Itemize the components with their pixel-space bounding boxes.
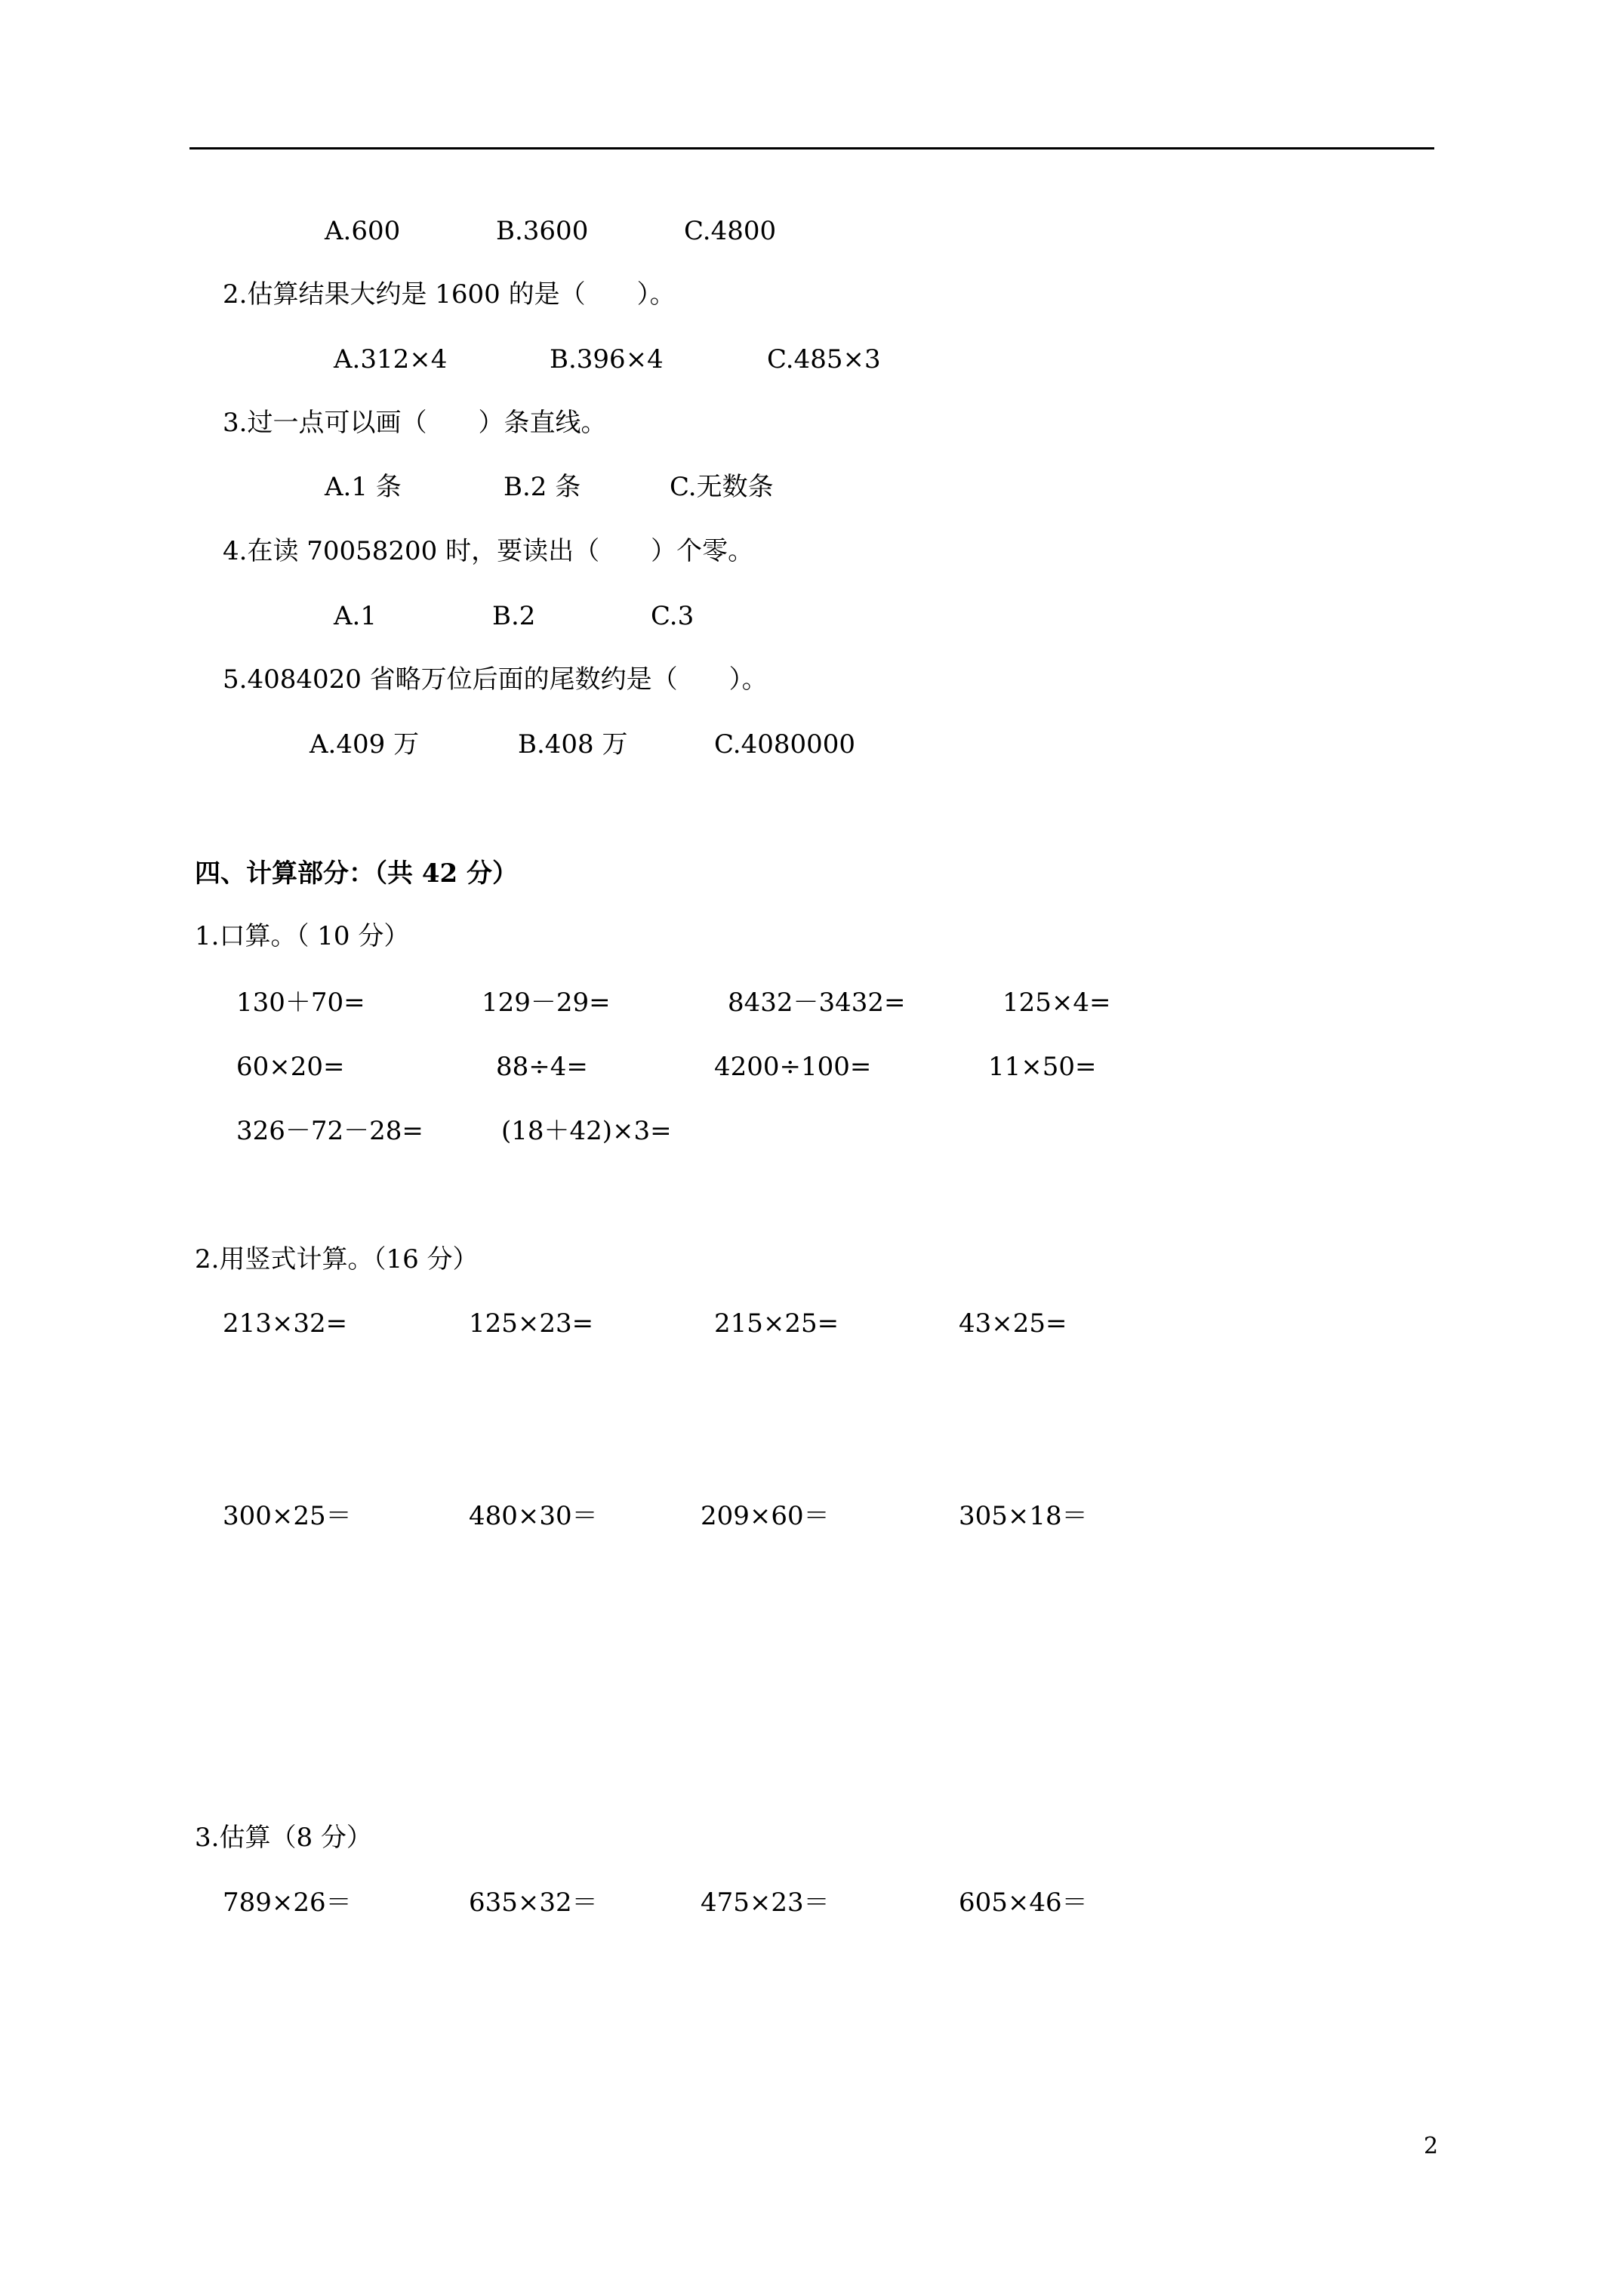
q5-option-c: C.4080000 — [714, 729, 855, 760]
q2-option-b: B.396×4 — [550, 344, 664, 374]
q2-option-c: C.485×3 — [767, 344, 881, 374]
q1-option-b: B.3600 — [496, 216, 588, 246]
vertical-item: 43×25= — [959, 1308, 1067, 1339]
oral-calc-title: 1.口算。（ 10 分） — [195, 921, 409, 951]
vertical-item: 480×30＝ — [469, 1501, 598, 1531]
q2-option-a: A.312×4 — [334, 344, 447, 374]
vertical-item: 213×32= — [223, 1308, 347, 1339]
question-4: 4.在读 70058200 时，要读出（ ）个零。 — [223, 536, 753, 566]
estimate-title: 3.估算（8 分） — [195, 1823, 372, 1853]
q5-option-b: B.408 万 — [518, 729, 628, 760]
oral-item: 60×20= — [236, 1052, 345, 1082]
q1-option-c: C.4800 — [684, 216, 776, 246]
vertical-item: 305×18＝ — [959, 1501, 1088, 1531]
vertical-item: 215×25= — [714, 1308, 839, 1339]
page-number: 2 — [1424, 2131, 1438, 2162]
oral-item: 88÷4= — [496, 1052, 588, 1082]
header-rule — [189, 147, 1434, 149]
question-3: 3.过一点可以画（ ）条直线。 — [223, 408, 606, 438]
oral-item: 125×4= — [1002, 988, 1111, 1018]
question-2: 2.估算结果大约是 1600 的是（ ）。 — [223, 279, 676, 310]
vertical-item: 125×23= — [469, 1308, 593, 1339]
section-4-title: 四、计算部分：（共 42 分） — [195, 858, 518, 889]
q4-option-a: A.1 — [334, 601, 377, 631]
oral-item: (18＋42)×3= — [501, 1116, 672, 1146]
oral-item: 8432－3432= — [728, 988, 906, 1018]
oral-item: 11×50= — [988, 1052, 1097, 1082]
oral-item: 129－29= — [482, 988, 611, 1018]
vertical-item: 300×25＝ — [223, 1501, 352, 1531]
vertical-calc-title: 2.用竖式计算。（16 分） — [195, 1244, 479, 1274]
q4-option-b: B.2 — [492, 601, 535, 631]
q3-option-a: A.1 条 — [325, 472, 402, 502]
oral-item: 4200÷100= — [714, 1052, 871, 1082]
q4-option-c: C.3 — [651, 601, 694, 631]
vertical-item: 209×60＝ — [701, 1501, 830, 1531]
estimate-item: 635×32＝ — [469, 1888, 598, 1918]
q3-option-c: C.无数条 — [670, 472, 774, 502]
question-5: 5.4084020 省略万位后面的尾数约是（ ）。 — [223, 664, 768, 695]
q3-option-b: B.2 条 — [504, 472, 581, 502]
estimate-item: 475×23＝ — [701, 1888, 830, 1918]
estimate-item: 605×46＝ — [959, 1888, 1088, 1918]
oral-item: 130＋70= — [236, 988, 365, 1018]
oral-item: 326－72－28= — [236, 1116, 423, 1146]
q5-option-a: A.409 万 — [310, 729, 419, 760]
estimate-item: 789×26＝ — [223, 1888, 352, 1918]
q1-option-a: A.600 — [325, 216, 400, 246]
